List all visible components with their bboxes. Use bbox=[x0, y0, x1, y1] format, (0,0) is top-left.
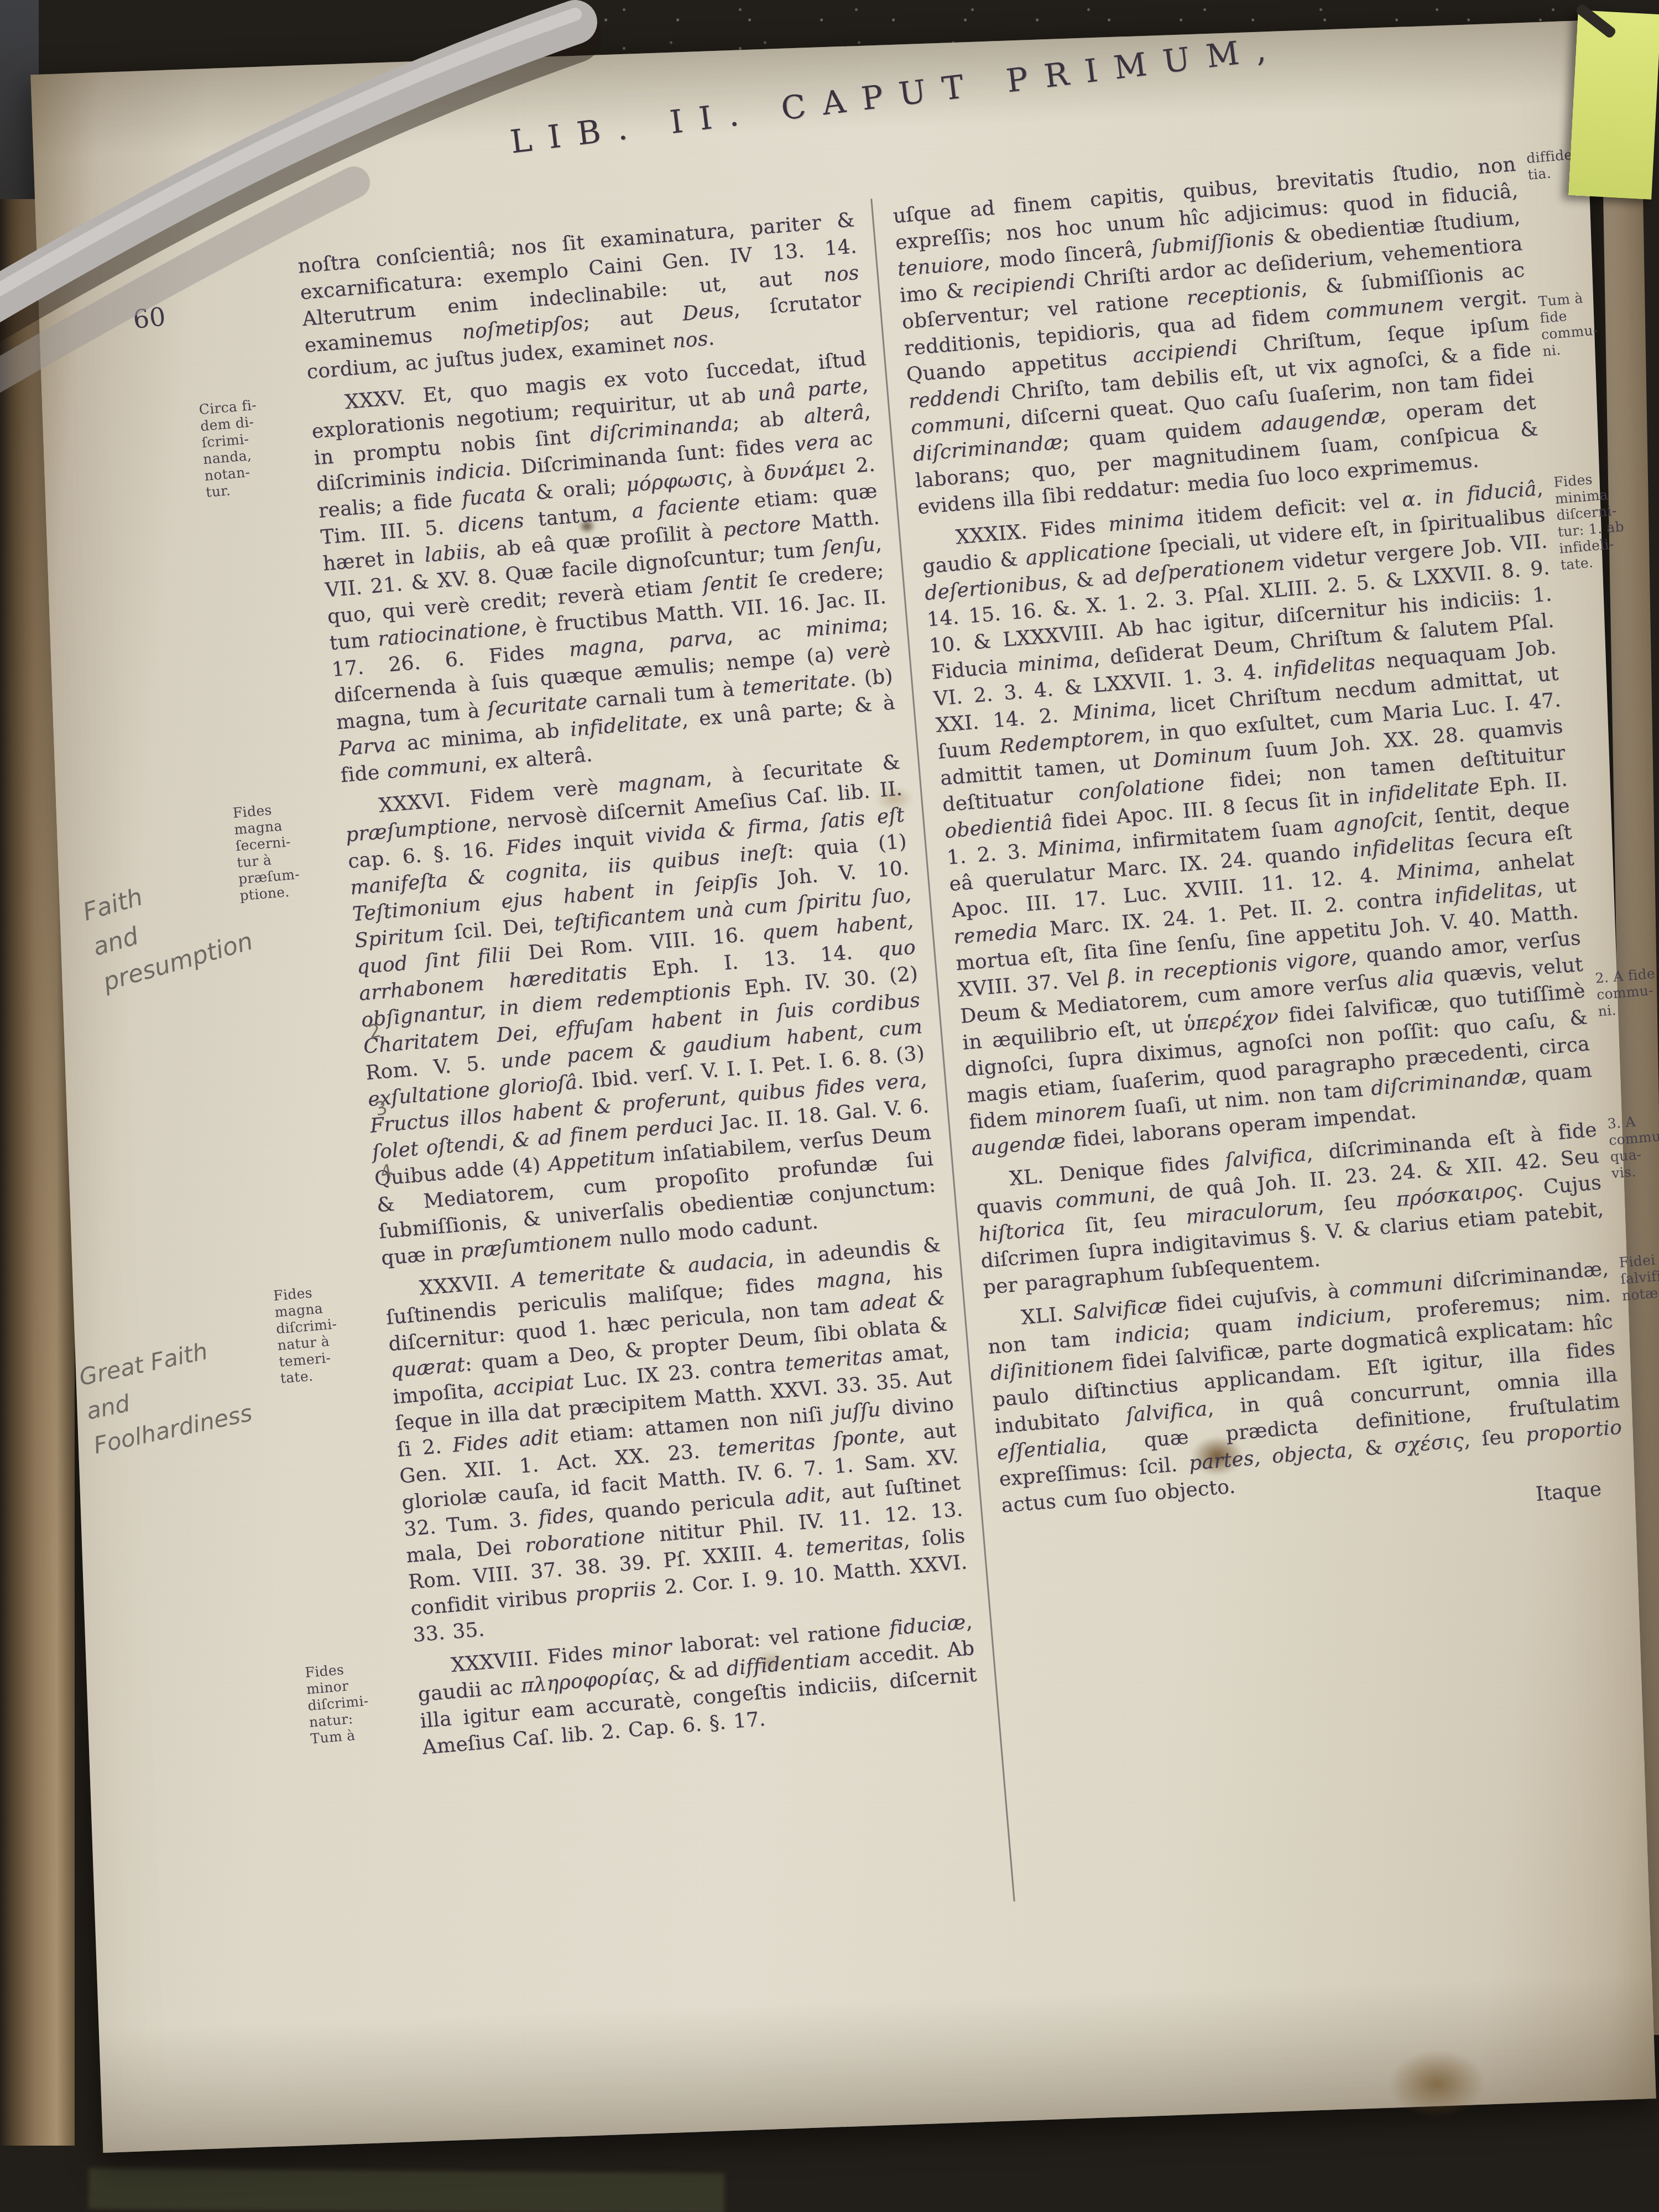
margin-note: Fides magna ſecerni- tur à præſum- ption… bbox=[232, 797, 337, 904]
paragraph: Fides magna ſecerni- tur à præſum- ption… bbox=[342, 749, 939, 1272]
page-stain bbox=[1389, 2049, 1485, 2119]
margin-note: Fides minima diſcerni- tur: 1. ab infide… bbox=[1553, 466, 1659, 573]
paragraph: Fides magna diſcrimi- natur à temeri- ta… bbox=[383, 1232, 971, 1649]
paragraph: Fidei ſalvificæ notæ.XLI. Salvificæ fide… bbox=[985, 1256, 1625, 1520]
paragraph-text: XLI. Salvificæ fidei cujuſvis, à communi… bbox=[987, 1258, 1623, 1517]
photo-background: LIB. II. CAPUT PRIMUM, 60 Faith and pres… bbox=[0, 0, 1659, 2212]
handwritten-annotation: Faith and presumption bbox=[79, 853, 257, 1001]
book-cover-edge bbox=[88, 2168, 725, 2212]
paragraph: diffiden- tia.Tum à fide commu- ni.uſque… bbox=[892, 152, 1541, 521]
paragraph-text: XXXVI. Fidem verè magnam, à ſecuritate &… bbox=[345, 751, 936, 1270]
book-strap-cord bbox=[0, 0, 636, 525]
margin-note: 2. A fide commu- ni. bbox=[1595, 962, 1659, 1020]
margin-note: Fides minor diſcrimi- natur: Tum à bbox=[304, 1657, 408, 1747]
margin-note: Tum à fide commu- ni. bbox=[1538, 285, 1648, 359]
handwritten-annotation: Great Faith and Foolhardiness bbox=[76, 1327, 255, 1463]
paragraph-text: XXXIX. Fides minima itidem deficit: vel … bbox=[922, 477, 1593, 1161]
page-marker-tab bbox=[1568, 10, 1659, 199]
paragraph-text: XXXVII. A temeritate & audacia, in adeun… bbox=[385, 1234, 968, 1647]
margin-note: 3. A communi qua- vis. bbox=[1607, 1107, 1659, 1182]
text-column-right: diffiden- tia.Tum à fide commu- ni.uſque… bbox=[892, 152, 1642, 1718]
paragraph-text: uſque ad finem capitis, quibus, brevitat… bbox=[892, 153, 1539, 519]
margin-note: Fides magna diſcrimi- natur à temeri- ta… bbox=[273, 1280, 377, 1387]
margin-note: Fidei ſalvificæ notæ. bbox=[1619, 1246, 1659, 1305]
paragraph: Fides minima diſcerni- tur: 1. ab infide… bbox=[919, 476, 1595, 1163]
